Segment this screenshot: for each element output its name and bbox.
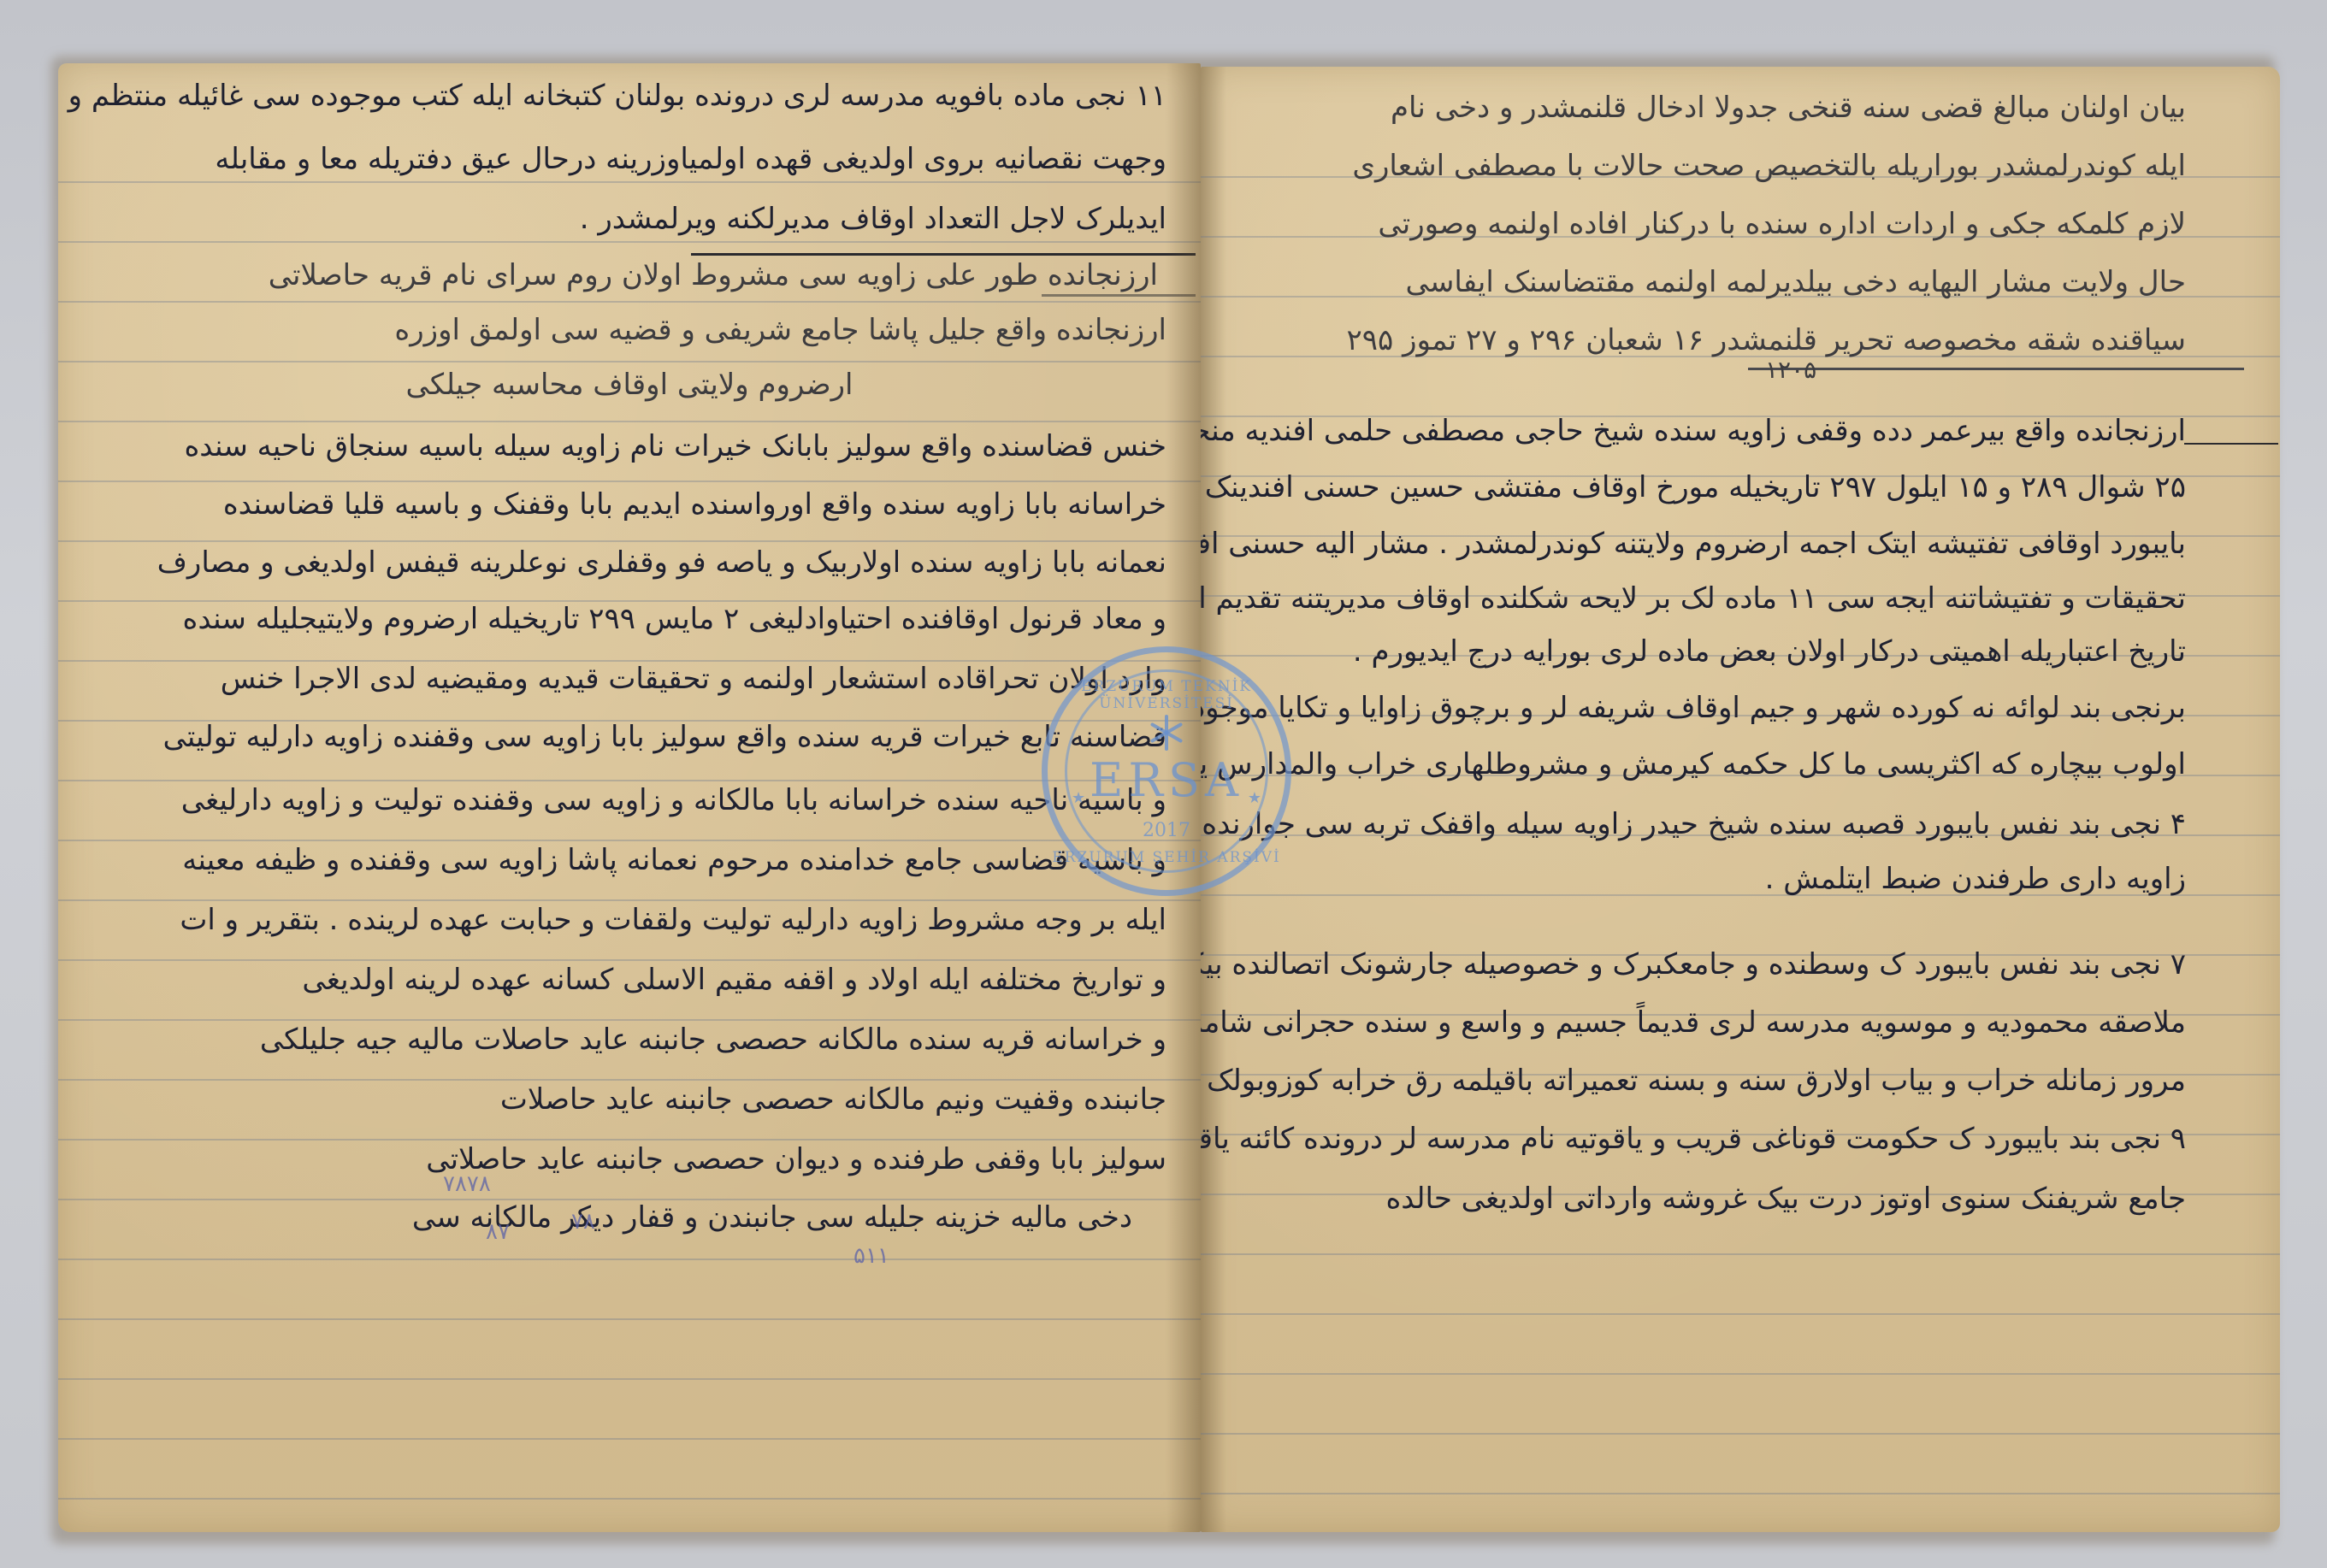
- archive-stamp: ERZURUM TEKNİK ÜNİVERSİTESİ ★ ★ ERSA 201…: [1042, 646, 1291, 896]
- blue-pencil-note: ۷۸۷۸: [443, 1171, 491, 1197]
- ruled-line: [58, 1438, 1201, 1440]
- manuscript-subheading: ارضروم ولایتی اوقاف محاسبه جیلکی: [58, 368, 1201, 402]
- ruled-line: [58, 959, 1201, 961]
- manuscript-line: دخی مالیه خزینه جلیله سی جانبندن و قفار …: [109, 1200, 1132, 1235]
- heading-rule: [1042, 294, 1196, 297]
- ruled-line: [58, 1139, 1201, 1141]
- manuscript-line: و خراسانه قریه سنده مالکانه حصصی جانبنه …: [67, 1023, 1166, 1057]
- blue-pencil-note: ۵۱۱: [853, 1243, 889, 1269]
- manuscript-line: سولیز بابا وقفی طرفنده و دیوان حصصی جانب…: [109, 1142, 1166, 1176]
- manuscript-heading: ارزنجانده طور علی زاویه سی مشروط اولان ر…: [67, 258, 1158, 292]
- manuscript-line: جانبنده وقفیت ونیم مالکانه حصصی جانبنه ع…: [127, 1082, 1166, 1117]
- manuscript-line: ۷ نجی بند نفس بایبورد ک وسطنده و جامعکبر…: [1218, 947, 2186, 981]
- manuscript-line: قضاسنه تابع خیرات قریه سنده واقع سولیز ب…: [67, 720, 1166, 754]
- blue-pencil-note: ۸۷: [486, 1219, 510, 1245]
- ruled-line: [1201, 1433, 2280, 1435]
- manuscript-line: ۴ نجی بند نفس بایبورد قصبه سنده شیخ حیدر…: [1218, 807, 2186, 841]
- manuscript-line: ایدیلرک لاجل التعداد اوقاف مدیرلکنه ویرل…: [67, 202, 1166, 236]
- ruled-line: [58, 540, 1201, 542]
- ruled-line: [1201, 1253, 2280, 1255]
- ruled-line: [58, 480, 1201, 482]
- stamp-archive-text: ERZURUM ŞEHİR ARŞİVİ: [1048, 849, 1285, 866]
- ruled-line: [58, 361, 1201, 363]
- manuscript-line: ارزنجانده واقع بیرعمر دده وقفی زاویه سند…: [1218, 414, 2186, 448]
- manuscript-line: وجهت نقصانیه بروی اولدیغی قهده اولمیاوزر…: [67, 142, 1166, 176]
- ruled-line: [58, 1079, 1201, 1081]
- ruled-line: [58, 1019, 1201, 1021]
- ruled-line: [1201, 1373, 2280, 1375]
- manuscript-line: تاریخ اعتباریله اهمیتی درکار اولان بعض م…: [1218, 634, 2186, 669]
- section-number: ۱۲۰۵: [1765, 356, 1816, 384]
- manuscript-line: تحقیقات و تفتیشاتنه ایجه سی ۱۱ ماده لک ب…: [1218, 581, 2186, 616]
- manuscript-line: حال ولایت مشار الیهایه دخی بیلدیرلمه اول…: [1218, 265, 2186, 299]
- manuscript-line: بایبورد اوقافی تفتیشه ایتک اجمه ارضروم و…: [1218, 527, 2186, 561]
- manuscript-line: سیاقنده شقه مخصوصه تحریر قلنمشدر ۱۶ شعبا…: [1218, 323, 2186, 357]
- manuscript-line: و باسیه ناحیه سنده خراسانه بابا مالکانه …: [67, 783, 1166, 817]
- manuscript-line: و معاد قرنول اوقافنده احتیاوادلیغی ۲ مای…: [67, 602, 1166, 636]
- heading-rule: [691, 253, 1196, 256]
- blue-pencil-note: ۷۸: [571, 1209, 595, 1235]
- ruled-line: [58, 301, 1201, 303]
- ruled-line: [58, 899, 1201, 901]
- manuscript-line: و باسیه قضاسی جامع خدامنده مرحوم نعمانه …: [67, 843, 1166, 877]
- manuscript-line: ایله کوندرلمشدر بوراریله بالتخصیص صحت حا…: [1218, 149, 2186, 183]
- manuscript-line: و تواریخ مختلفه ایله اولاد و اقفه مقیم ا…: [67, 963, 1166, 997]
- manuscript-line: خراسانه بابا زاویه سنده واقع اورواسنده ا…: [67, 487, 1166, 522]
- right-page: بیان اولنان مبالغ قضی سنه قنخی جدولا ادخ…: [1201, 67, 2280, 1532]
- ruled-line: [58, 840, 1201, 841]
- manuscript-line: ۲۵ شوال ۲۸۹ و ۱۵ ایلول ۲۹۷ تاریخیله مورخ…: [1218, 470, 2186, 504]
- ruled-line: [58, 1378, 1201, 1380]
- ruled-line: [58, 1498, 1201, 1500]
- manuscript-line: ۱۱ نجی ماده بافویه مدرسه لری درونده بولن…: [67, 79, 1166, 113]
- stamp-year: 2017: [1048, 820, 1285, 841]
- left-page: ۱۱ نجی ماده بافویه مدرسه لری درونده بولن…: [58, 63, 1201, 1532]
- stamp-institution-text: ERZURUM TEKNİK ÜNİVERSİTESİ: [1048, 678, 1285, 712]
- manuscript-line: ملاصقه محمودیه و موسویه مدرسه لری قدیماً…: [1218, 1005, 2186, 1040]
- manuscript-line: برنجی بند لوائه نه کورده شهر و جیم اوقاف…: [1218, 691, 2186, 725]
- section-rule: [1748, 368, 2244, 370]
- ruled-line: [1201, 1313, 2280, 1315]
- ruled-line: [58, 421, 1201, 422]
- ruled-line: [58, 181, 1201, 183]
- manuscript-line: زاویه داری طرفندن ضبط ایتلمش .: [1218, 862, 2186, 896]
- manuscript-line: ۹ نجی بند بایبورد ک حکومت قوناغی قریب و …: [1218, 1122, 2186, 1156]
- ruled-line: [58, 1259, 1201, 1260]
- manuscript-heading: ارزنجانده واقع جلیل پاشا جامع شریفی و قض…: [67, 313, 1166, 347]
- manuscript-line: لازم کلمکه جکی و اردات اداره سنده با درک…: [1218, 207, 2186, 241]
- manuscript-line: جامع شریفنک سنوی اوتوز درت بیک غروشه وار…: [1218, 1182, 2186, 1216]
- ruled-line: [1201, 1493, 2280, 1494]
- manuscript-line: مرور زمانله خراب و بیاب اولارق سنه و بسن…: [1218, 1064, 2186, 1098]
- manuscript-line: ایله بر وجه مشروط زاویه دارلیه تولیت ولق…: [67, 903, 1166, 937]
- manuscript-line: خنس قضاسنده واقع سولیز بابانک خیرات نام …: [67, 429, 1166, 463]
- ruled-line: [58, 241, 1201, 243]
- manuscript-line: بیان اولنان مبالغ قضی سنه قنخی جدولا ادخ…: [1218, 91, 2186, 125]
- manuscript-line: وارد اولان تحراقاده استشعار اولنمه و تحق…: [67, 662, 1166, 696]
- ruled-line: [58, 780, 1201, 781]
- stamp-acronym: ERSA: [1048, 753, 1285, 807]
- ruled-line: [58, 1318, 1201, 1320]
- snowflake-emblem-icon: [1148, 714, 1185, 755]
- manuscript-line: اولوب بیچاره که اکثریسی ما کل حکمه کیرمش…: [1218, 747, 2186, 781]
- heading-rule: [2184, 443, 2278, 445]
- manuscript-line: نعمانه بابا زاویه سنده اولاربیک و یاصه ف…: [67, 545, 1166, 580]
